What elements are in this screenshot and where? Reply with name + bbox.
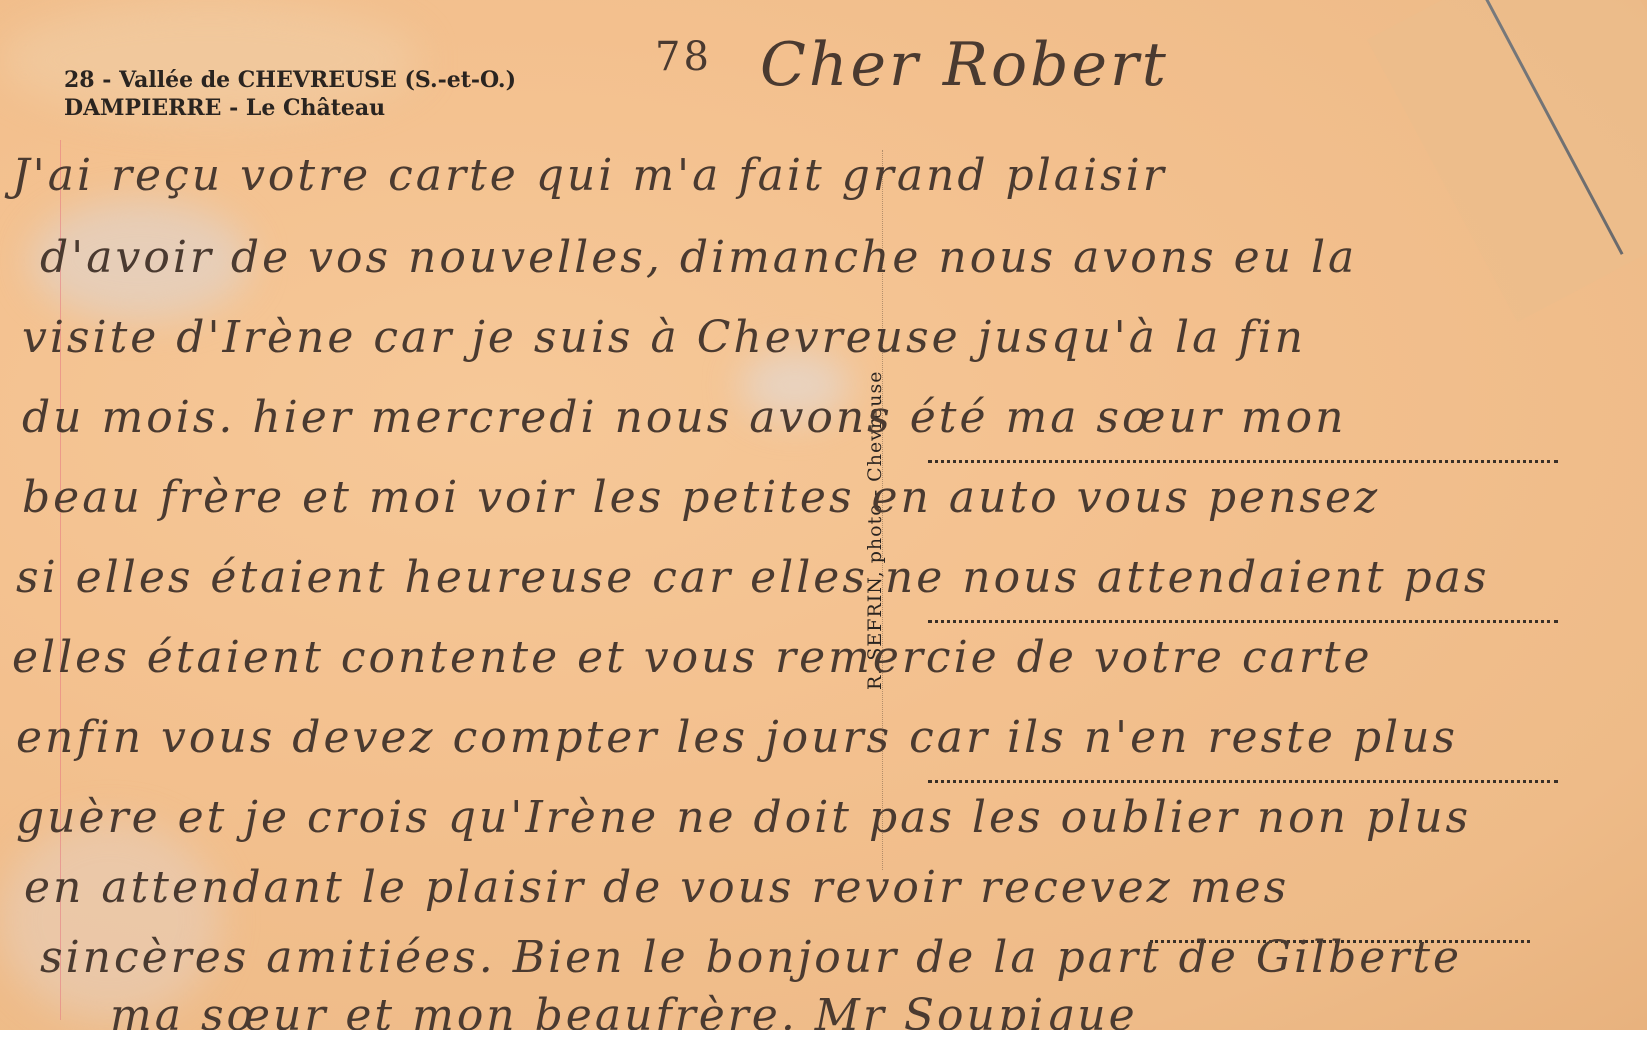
caption-line-1: 28 - Vallée de CHEVREUSE (S.-et-O.) [64, 66, 516, 94]
letter-line: guère et je crois qu'Irène ne doit pas l… [16, 792, 1471, 843]
letter-line: ma sœur et mon beaufrère. Mr Soupique [110, 990, 1138, 1030]
caption-line-2: DAMPIERRE - Le Château [64, 94, 516, 122]
address-line [928, 620, 1558, 623]
bottom-border [0, 1030, 1647, 1051]
letter-line: visite d'Irène car je suis à Chevreuse j… [22, 312, 1306, 363]
letter-line: beau frère et moi voir les petites en au… [22, 472, 1380, 523]
folded-corner [1367, 0, 1647, 322]
letter-line: d'avoir de vos nouvelles, dimanche nous … [40, 232, 1357, 283]
letter-line: si elles étaient heureuse car elles ne n… [16, 552, 1489, 603]
letter-line: elles étaient contente et vous remercie … [12, 632, 1373, 683]
department-number: 78 [655, 34, 712, 80]
letter-line: du mois. hier mercredi nous avons été ma… [22, 392, 1346, 443]
letter-line: enfin vous devez compter les jours car i… [16, 712, 1458, 763]
postcard-back: 28 - Vallée de CHEVREUSE (S.-et-O.) DAMP… [0, 0, 1647, 1030]
printed-caption: 28 - Vallée de CHEVREUSE (S.-et-O.) DAMP… [64, 66, 516, 122]
greeting: Cher Robert [760, 30, 1169, 100]
address-line [928, 460, 1558, 463]
letter-line: J'ai reçu votre carte qui m'a fait grand… [12, 150, 1167, 201]
letter-line: sincères amitiées. Bien le bonjour de la… [40, 932, 1462, 983]
address-line [928, 780, 1558, 783]
letter-line: en attendant le plaisir de vous revoir r… [24, 862, 1289, 913]
